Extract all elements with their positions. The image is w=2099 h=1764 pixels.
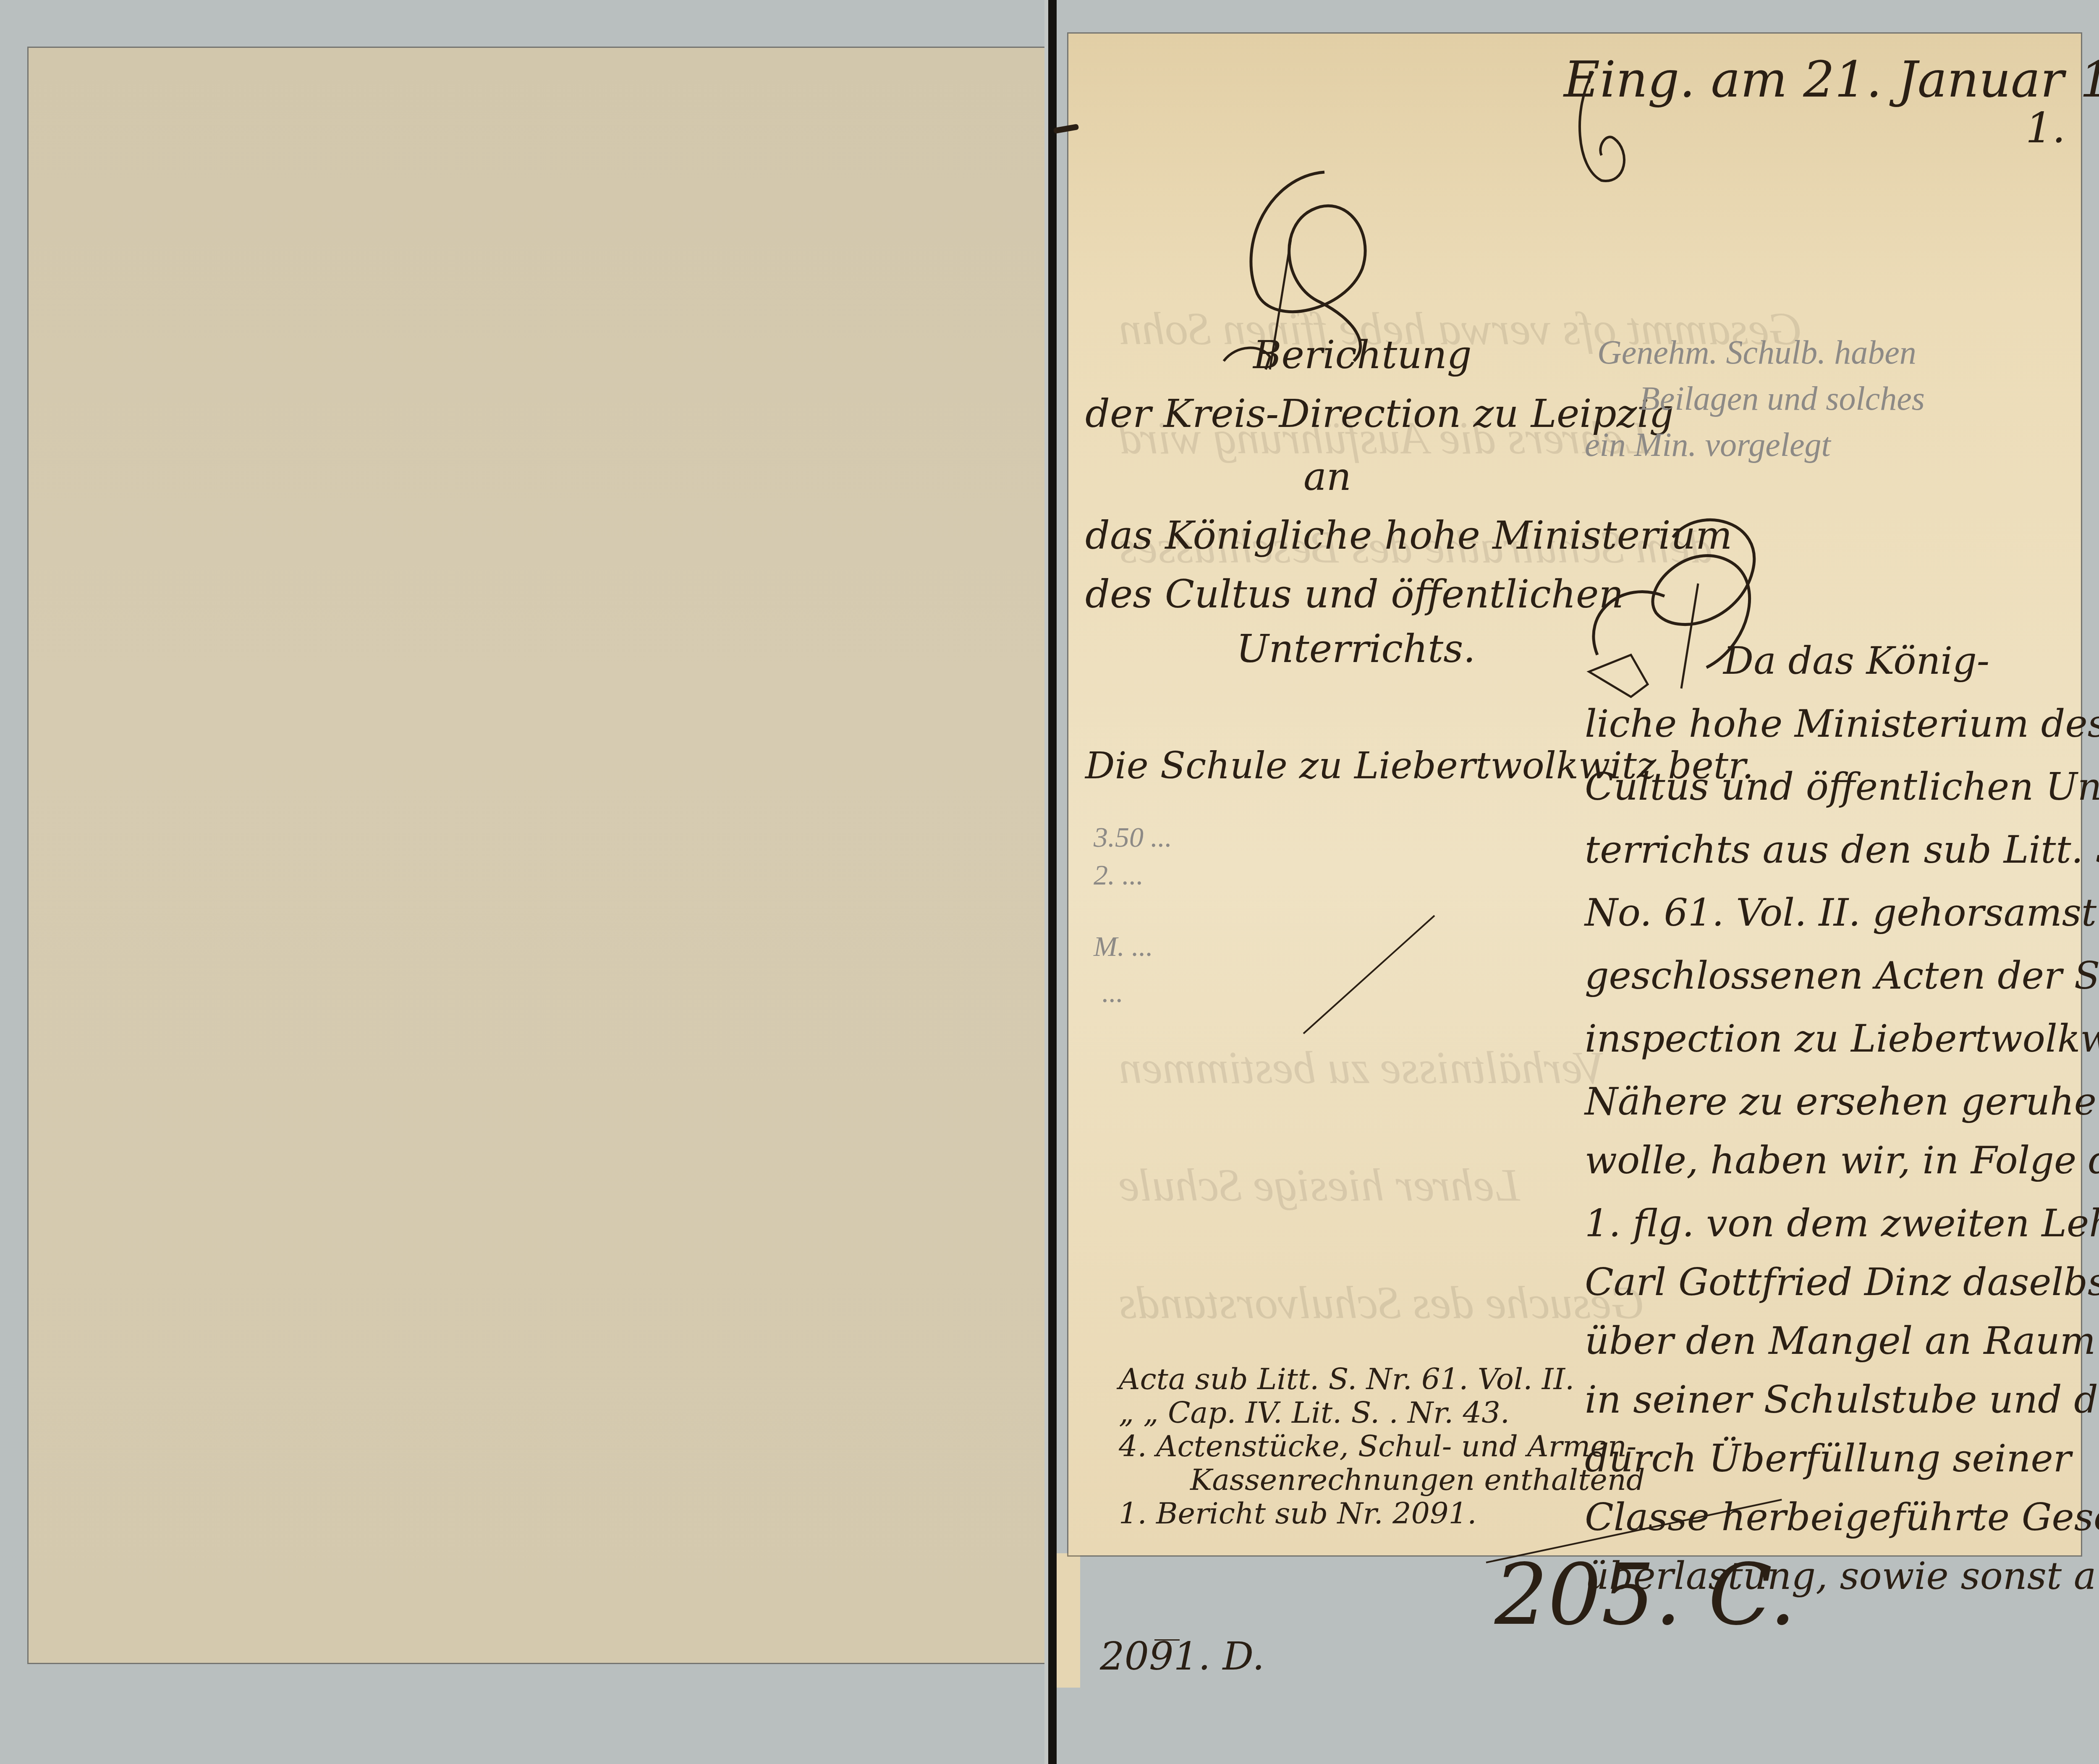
pencil-note-right-1: Genehm. Schulb. haben (1597, 336, 1916, 369)
pencil-note-right-2: Beilagen und solches (1639, 382, 1925, 416)
bleed-through-text: Gesuche des Schulvorstands (1119, 1276, 1645, 1330)
body-line-4: terrichts aus den sub Litt. S. (1585, 831, 2099, 869)
pencil-note-right-3: ein Min. vorgelegt (1585, 428, 1831, 462)
bleed-through-text: Verhältnisse zu bestimmen (1119, 1041, 1605, 1094)
body-line-6: geschlossenen Acten der Schul- (1585, 957, 2099, 995)
body-line-9: wolle, haben wir, in Folge der Bl. (1585, 1142, 2099, 1180)
left-page-blank (29, 48, 1044, 1663)
book-spine (1048, 0, 1057, 1764)
enclosure-line-4: Kassenrechnungen enthaltend (1190, 1465, 1645, 1494)
body-line-1: Da das König- (1723, 642, 1989, 680)
body-line-2: liche hohe Ministerium des (1585, 705, 2099, 743)
ink-stroke (1303, 915, 1435, 1034)
ink-stroke (1154, 1639, 1180, 1641)
enclosure-line-3: 4. Actenstücke, Schul- und Armen- (1119, 1432, 1637, 1461)
stamp-number: 205. C. (1494, 1553, 1796, 1637)
binding-tab (1057, 1553, 1080, 1688)
pencil-note-left-4: ... (1102, 978, 1123, 1007)
enclosure-line-5: 1. Bericht sub Nr. 2091. (1119, 1499, 1476, 1528)
body-line-12: über den Mangel an Raum (1585, 1322, 2096, 1360)
body-line-3: Cultus und öffentlichen Un- (1585, 768, 2099, 806)
body-line-13: in seiner Schulstube und die (1585, 1381, 2099, 1419)
body-line-7: inspection zu Liebertwolkwitz das (1585, 1020, 2099, 1058)
body-line-8: Nähere zu ersehen geruhen (1585, 1083, 2099, 1121)
heading-line-3: an (1303, 458, 1351, 496)
body-line-10: 1. flg. von dem zweiten Lehrer (1585, 1205, 2099, 1243)
body-line-15: Classe herbeigeführte Geschäfts- (1585, 1499, 2099, 1536)
pencil-note-left-1: 3.50 ... (1094, 823, 1172, 851)
flourish-e-icon (1568, 59, 1652, 193)
enclosure-line-1: Acta sub Litt. S. Nr. 61. Vol. II. (1119, 1364, 1574, 1394)
enclosure-line-2: „ „ Cap. IV. Lit. S. . Nr. 43. (1119, 1398, 1510, 1427)
heading-line-1: Berichtung (1253, 336, 1472, 374)
file-number: 2091. D. (1100, 1637, 1264, 1676)
folio-number: 1. (2026, 107, 2065, 149)
body-line-11: Carl Gottfried Dinz daselbst (1585, 1264, 2099, 1301)
heading-line-6: Unterrichts. (1236, 630, 1476, 668)
body-line-5: No. 61. Vol. II. gehorsamst an- (1585, 894, 2099, 932)
bleed-through-text: Lehrer hiesige Schule (1119, 1159, 1520, 1212)
pencil-note-left-3: M. ... (1094, 932, 1153, 961)
right-page: Gesammt ofs verwa hebe ffinen Sohn Lehre… (1068, 34, 2081, 1555)
body-line-14: durch Überfüllung seiner (1585, 1440, 2071, 1478)
pencil-note-left-2: 2. ... (1094, 861, 1144, 889)
heading-line-5: des Cultus und öffentlichen (1085, 575, 1624, 614)
